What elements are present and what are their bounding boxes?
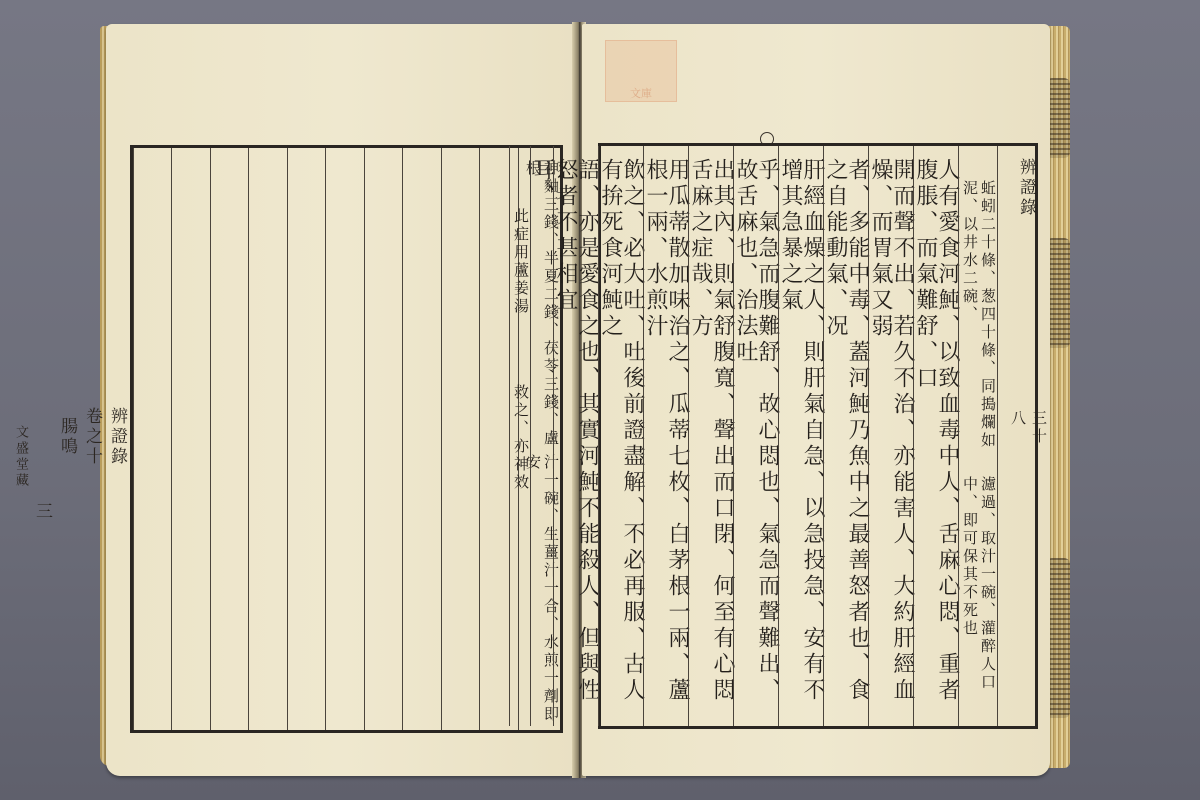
margin-page-number: 三十八 xyxy=(1008,404,1050,464)
right-margin-page-number: 三十八 xyxy=(1022,404,1050,464)
right-page: 辨證錄 蚯蚓二十條、葱四十條、同搗爛如泥、以井水二碗、 濾過、取汁一碗、灌醉人口… xyxy=(582,24,1050,776)
empty-column xyxy=(210,148,248,730)
text-column: 出其內、則氣舒腹寬、聲出而口閉、何至有心悶舌麻之症哉、方 xyxy=(688,146,733,726)
margin-section: 腸鳴 xyxy=(55,411,80,463)
right-page-frame: 辨證錄 蚯蚓二十條、葱四十條、同搗爛如泥、以井水二碗、 濾過、取汁一碗、灌醉人口… xyxy=(598,143,1038,729)
left-page-frame: 神麯三錢、半夏二錢、茯苓三錢、盧根 汁一碗、生薑汁一合、水煎一劑即安 xyxy=(130,145,563,733)
right-page-columns: 辨證錄 蚯蚓二十條、葱四十條、同搗爛如泥、以井水二碗、 濾過、取汁一碗、灌醉人口… xyxy=(601,146,1035,726)
empty-column xyxy=(325,148,363,730)
text-column: 耳、 xyxy=(530,146,553,726)
text-column: 語、亦是愛食之也、其實河魨不能殺人、但與性怒者不甚相宜 xyxy=(553,146,598,726)
margin-volume: 卷之十 xyxy=(80,401,105,473)
note-text-continued: 救之、亦神效 xyxy=(510,316,530,492)
empty-column xyxy=(287,148,325,730)
margin-book-title: 辨證錄 xyxy=(105,401,130,473)
text-line: 開而聲不出、若久不治、亦能害人、大約肝經血燥、而胃氣又弱 xyxy=(869,158,913,726)
note-text: 此症用蘆姜湯 xyxy=(510,158,530,316)
empty-column xyxy=(364,148,402,730)
text-line: 者、多能中毒、蓋河魨乃魚中之最善怒者也、食之自能動氣、况 xyxy=(824,158,868,726)
margin-publisher: 文盛堂藏 xyxy=(11,419,30,495)
text-line: 語、亦是愛食之也、其實河魨不能殺人、但與性怒者不甚相宜 xyxy=(554,158,598,726)
text-column: 人有愛食河魨、以致血毒中人、舌麻心悶、重者腹脹、而氣難舒、口 xyxy=(913,146,958,726)
text-line: 人有愛食河魨、以致血毒中人、舌麻心悶、重者腹脹、而氣難舒、口 xyxy=(914,158,958,726)
library-stamp: 文庫 xyxy=(605,40,677,102)
empty-column xyxy=(171,148,209,730)
left-page-margin-strip: 辨證錄 卷之十 腸鳴 三 文盛堂藏 xyxy=(102,140,130,734)
note-text-continued: 濾過、取汁一碗、灌醉人口中、即可保其不死也 xyxy=(959,454,997,726)
note-column: 此症用蘆姜湯 救之、亦神效 xyxy=(509,146,530,726)
open-book: 神麯三錢、半夏二錢、茯苓三錢、盧根 汁一碗、生薑汁一合、水煎一劑即安 辨證錄 卷… xyxy=(100,18,1075,778)
text-column: 開而聲不出、若久不治、亦能害人、大約肝經血燥、而胃氣又弱 xyxy=(868,146,913,726)
note-text: 蚯蚓二十條、葱四十條、同搗爛如泥、以井水二碗、 xyxy=(959,158,997,454)
margin-book-title: 辨證錄 xyxy=(998,158,1035,218)
text-column: 乎、氣急而腹難舒、故心悶也、氣急而聲難出、故舌麻也、治法吐 xyxy=(733,146,778,726)
empty-column xyxy=(133,148,171,730)
text-column: 肝經血燥之人、則肝氣自急、以急投急、安有不增其急暴之氣 xyxy=(778,146,823,726)
empty-column xyxy=(402,148,440,730)
text-line: 耳、 xyxy=(531,158,553,210)
text-line: 飲之、必大吐、吐後前證盡解、不必再服、古人有拚死食河魨之 xyxy=(599,158,643,726)
text-line: 出其內、則氣舒腹寬、聲出而口閉、何至有心悶舌麻之症哉、方 xyxy=(689,158,733,726)
text-column: 飲之、必大吐、吐後前證盡解、不必再服、古人有拚死食河魨之 xyxy=(598,146,643,726)
text-line: 肝經血燥之人、則肝氣自急、以急投急、安有不增其急暴之氣 xyxy=(779,158,823,726)
text-column: 用瓜蒂散加味治之、瓜蒂七枚、白茅根一兩、蘆根一兩、水煎汁 xyxy=(643,146,688,726)
stamp-text: 文庫 xyxy=(630,85,652,101)
empty-column xyxy=(248,148,286,730)
empty-column xyxy=(441,148,479,730)
note-column: 蚯蚓二十條、葱四十條、同搗爛如泥、以井水二碗、 濾過、取汁一碗、灌醉人口中、即可… xyxy=(958,146,997,726)
text-column: 者、多能中毒、蓋河魨乃魚中之最善怒者也、食之自能動氣、况 xyxy=(823,146,868,726)
text-line: 用瓜蒂散加味治之、瓜蒂七枚、白茅根一兩、蘆根一兩、水煎汁 xyxy=(644,158,688,726)
margin-page-number: 三 xyxy=(30,496,55,528)
left-page-columns: 神麯三錢、半夏二錢、茯苓三錢、盧根 汁一碗、生薑汁一合、水煎一劑即安 xyxy=(133,148,560,730)
text-line: 乎、氣急而腹難舒、故心悶也、氣急而聲難出、故舌麻也、治法吐 xyxy=(734,158,778,726)
